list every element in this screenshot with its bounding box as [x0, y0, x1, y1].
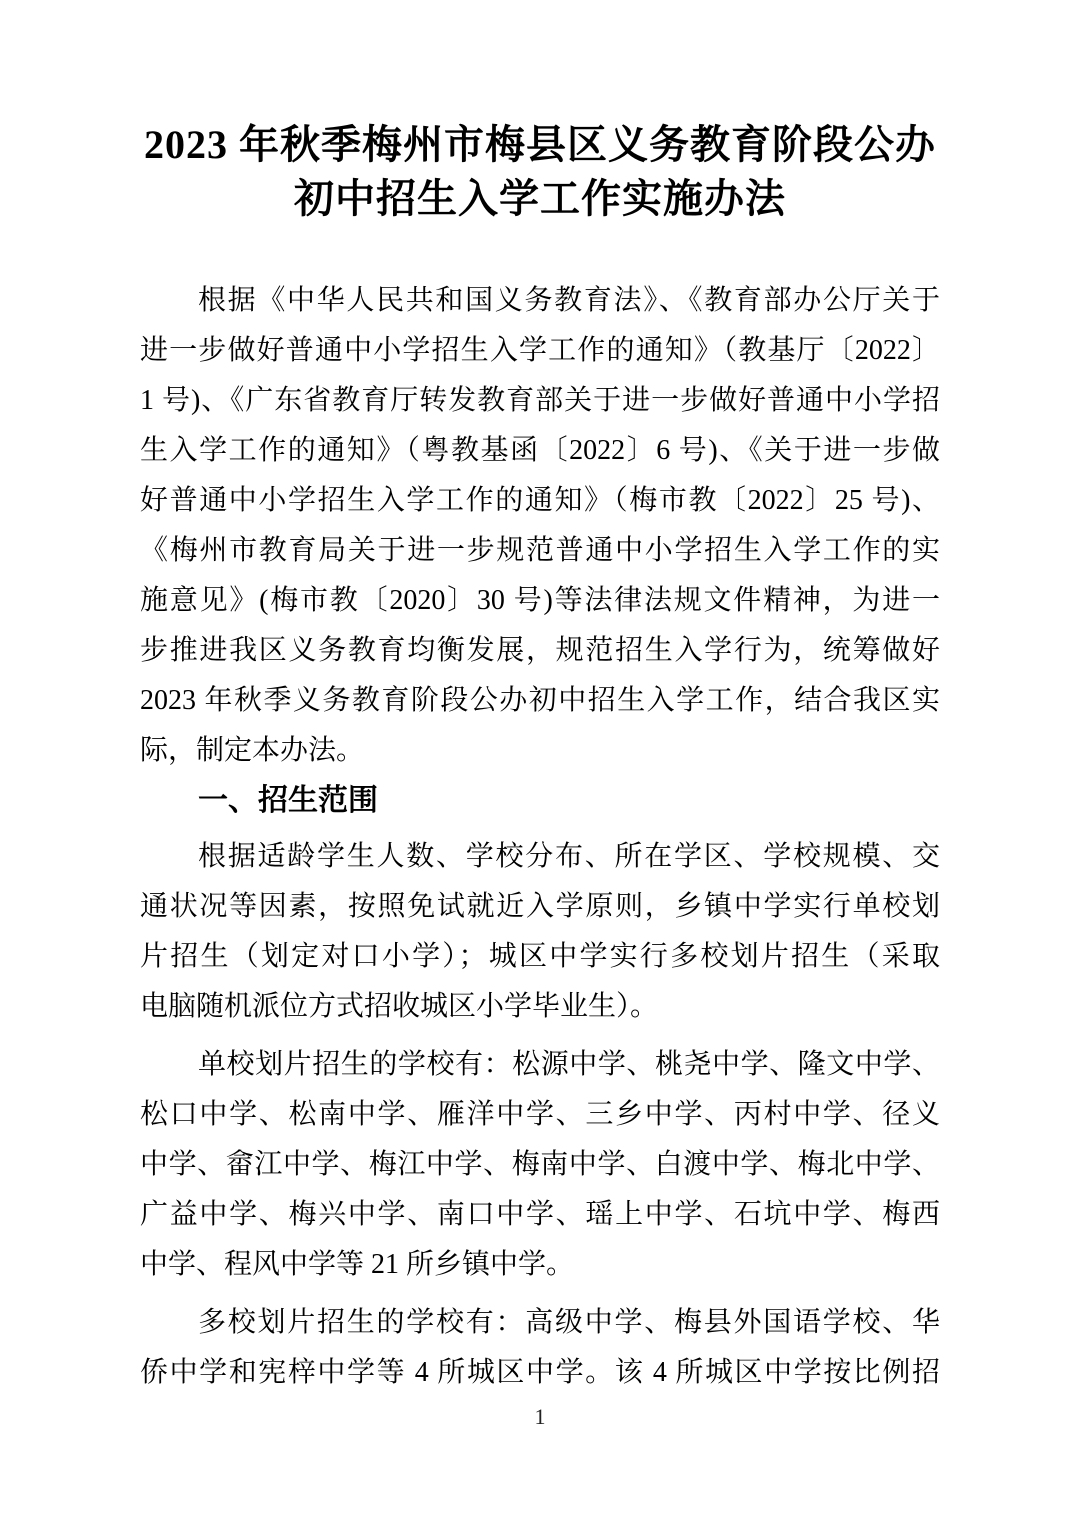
text-line: 通状况等因素，按照免试就近入学原则，乡镇中学实行单校划	[140, 882, 940, 932]
title-line-2: 初中招生入学工作实施办法	[140, 172, 940, 226]
text-line: 松口中学、松南中学、雁洋中学、三乡中学、丙村中学、径义	[140, 1090, 940, 1140]
title-line-1: 2023 年秋季梅州市梅县区义务教育阶段公办	[140, 118, 940, 172]
section-heading-enrollment-scope: 一、招生范围	[140, 776, 940, 826]
text-line: 根据适龄学生人数、学校分布、所在学区、学校规模、交	[140, 832, 940, 882]
text-line: 《梅州市教育局关于进一步规范普通中小学招生入学工作的实	[140, 526, 940, 576]
text-line: 际，制定本办法。	[140, 726, 940, 776]
multi-district-schools-paragraph: 多校划片招生的学校有：高级中学、梅县外国语学校、华 侨中学和宪梓中学等 4 所城…	[140, 1298, 940, 1398]
text-line: 好普通中小学招生入学工作的通知》（梅市教〔2022〕25 号)、	[140, 476, 940, 526]
text-line: 施意见》(梅市教〔2020〕30 号)等法律法规文件精神，为进一	[140, 576, 940, 626]
text-line: 电脑随机派位方式招收城区小学毕业生）。	[140, 982, 940, 1032]
single-district-schools-paragraph: 单校划片招生的学校有：松源中学、桃尧中学、隆文中学、 松口中学、松南中学、雁洋中…	[140, 1040, 940, 1290]
text-line: 广益中学、梅兴中学、南口中学、瑶上中学、石坑中学、梅西	[140, 1190, 940, 1240]
document-title: 2023 年秋季梅州市梅县区义务教育阶段公办 初中招生入学工作实施办法	[140, 118, 940, 226]
intro-paragraph: 根据《中华人民共和国义务教育法》、《教育部办公厅关于 进一步做好普通中小学招生入…	[140, 276, 940, 776]
text-line: 生入学工作的通知》（粤教基函〔2022〕6 号)、《关于进一步做	[140, 426, 940, 476]
document-page: 2023 年秋季梅州市梅县区义务教育阶段公办 初中招生入学工作实施办法 根据《中…	[0, 0, 1080, 1527]
text-line: 步推进我区义务教育均衡发展，规范招生入学行为，统筹做好	[140, 626, 940, 676]
text-line: 根据《中华人民共和国义务教育法》、《教育部办公厅关于	[140, 276, 940, 326]
text-line: 单校划片招生的学校有：松源中学、桃尧中学、隆文中学、	[140, 1040, 940, 1090]
text-line: 1 号)、《广东省教育厅转发教育部关于进一步做好普通中小学招	[140, 376, 940, 426]
page-number: 1	[0, 1402, 1080, 1432]
scope-paragraph: 根据适龄学生人数、学校分布、所在学区、学校规模、交 通状况等因素，按照免试就近入…	[140, 832, 940, 1032]
text-line: 中学、程风中学等 21 所乡镇中学。	[140, 1240, 940, 1290]
text-line: 侨中学和宪梓中学等 4 所城区中学。该 4 所城区中学按比例招	[140, 1348, 940, 1398]
text-line: 片招生（划定对口小学）；城区中学实行多校划片招生（采取	[140, 932, 940, 982]
text-line: 中学、畲江中学、梅江中学、梅南中学、白渡中学、梅北中学、	[140, 1140, 940, 1190]
text-line: 多校划片招生的学校有：高级中学、梅县外国语学校、华	[140, 1298, 940, 1348]
text-line: 进一步做好普通中小学招生入学工作的通知》（教基厅〔2022〕	[140, 326, 940, 376]
text-line: 2023 年秋季义务教育阶段公办初中招生入学工作，结合我区实	[140, 676, 940, 726]
document-body: 根据《中华人民共和国义务教育法》、《教育部办公厅关于 进一步做好普通中小学招生入…	[140, 276, 940, 1398]
